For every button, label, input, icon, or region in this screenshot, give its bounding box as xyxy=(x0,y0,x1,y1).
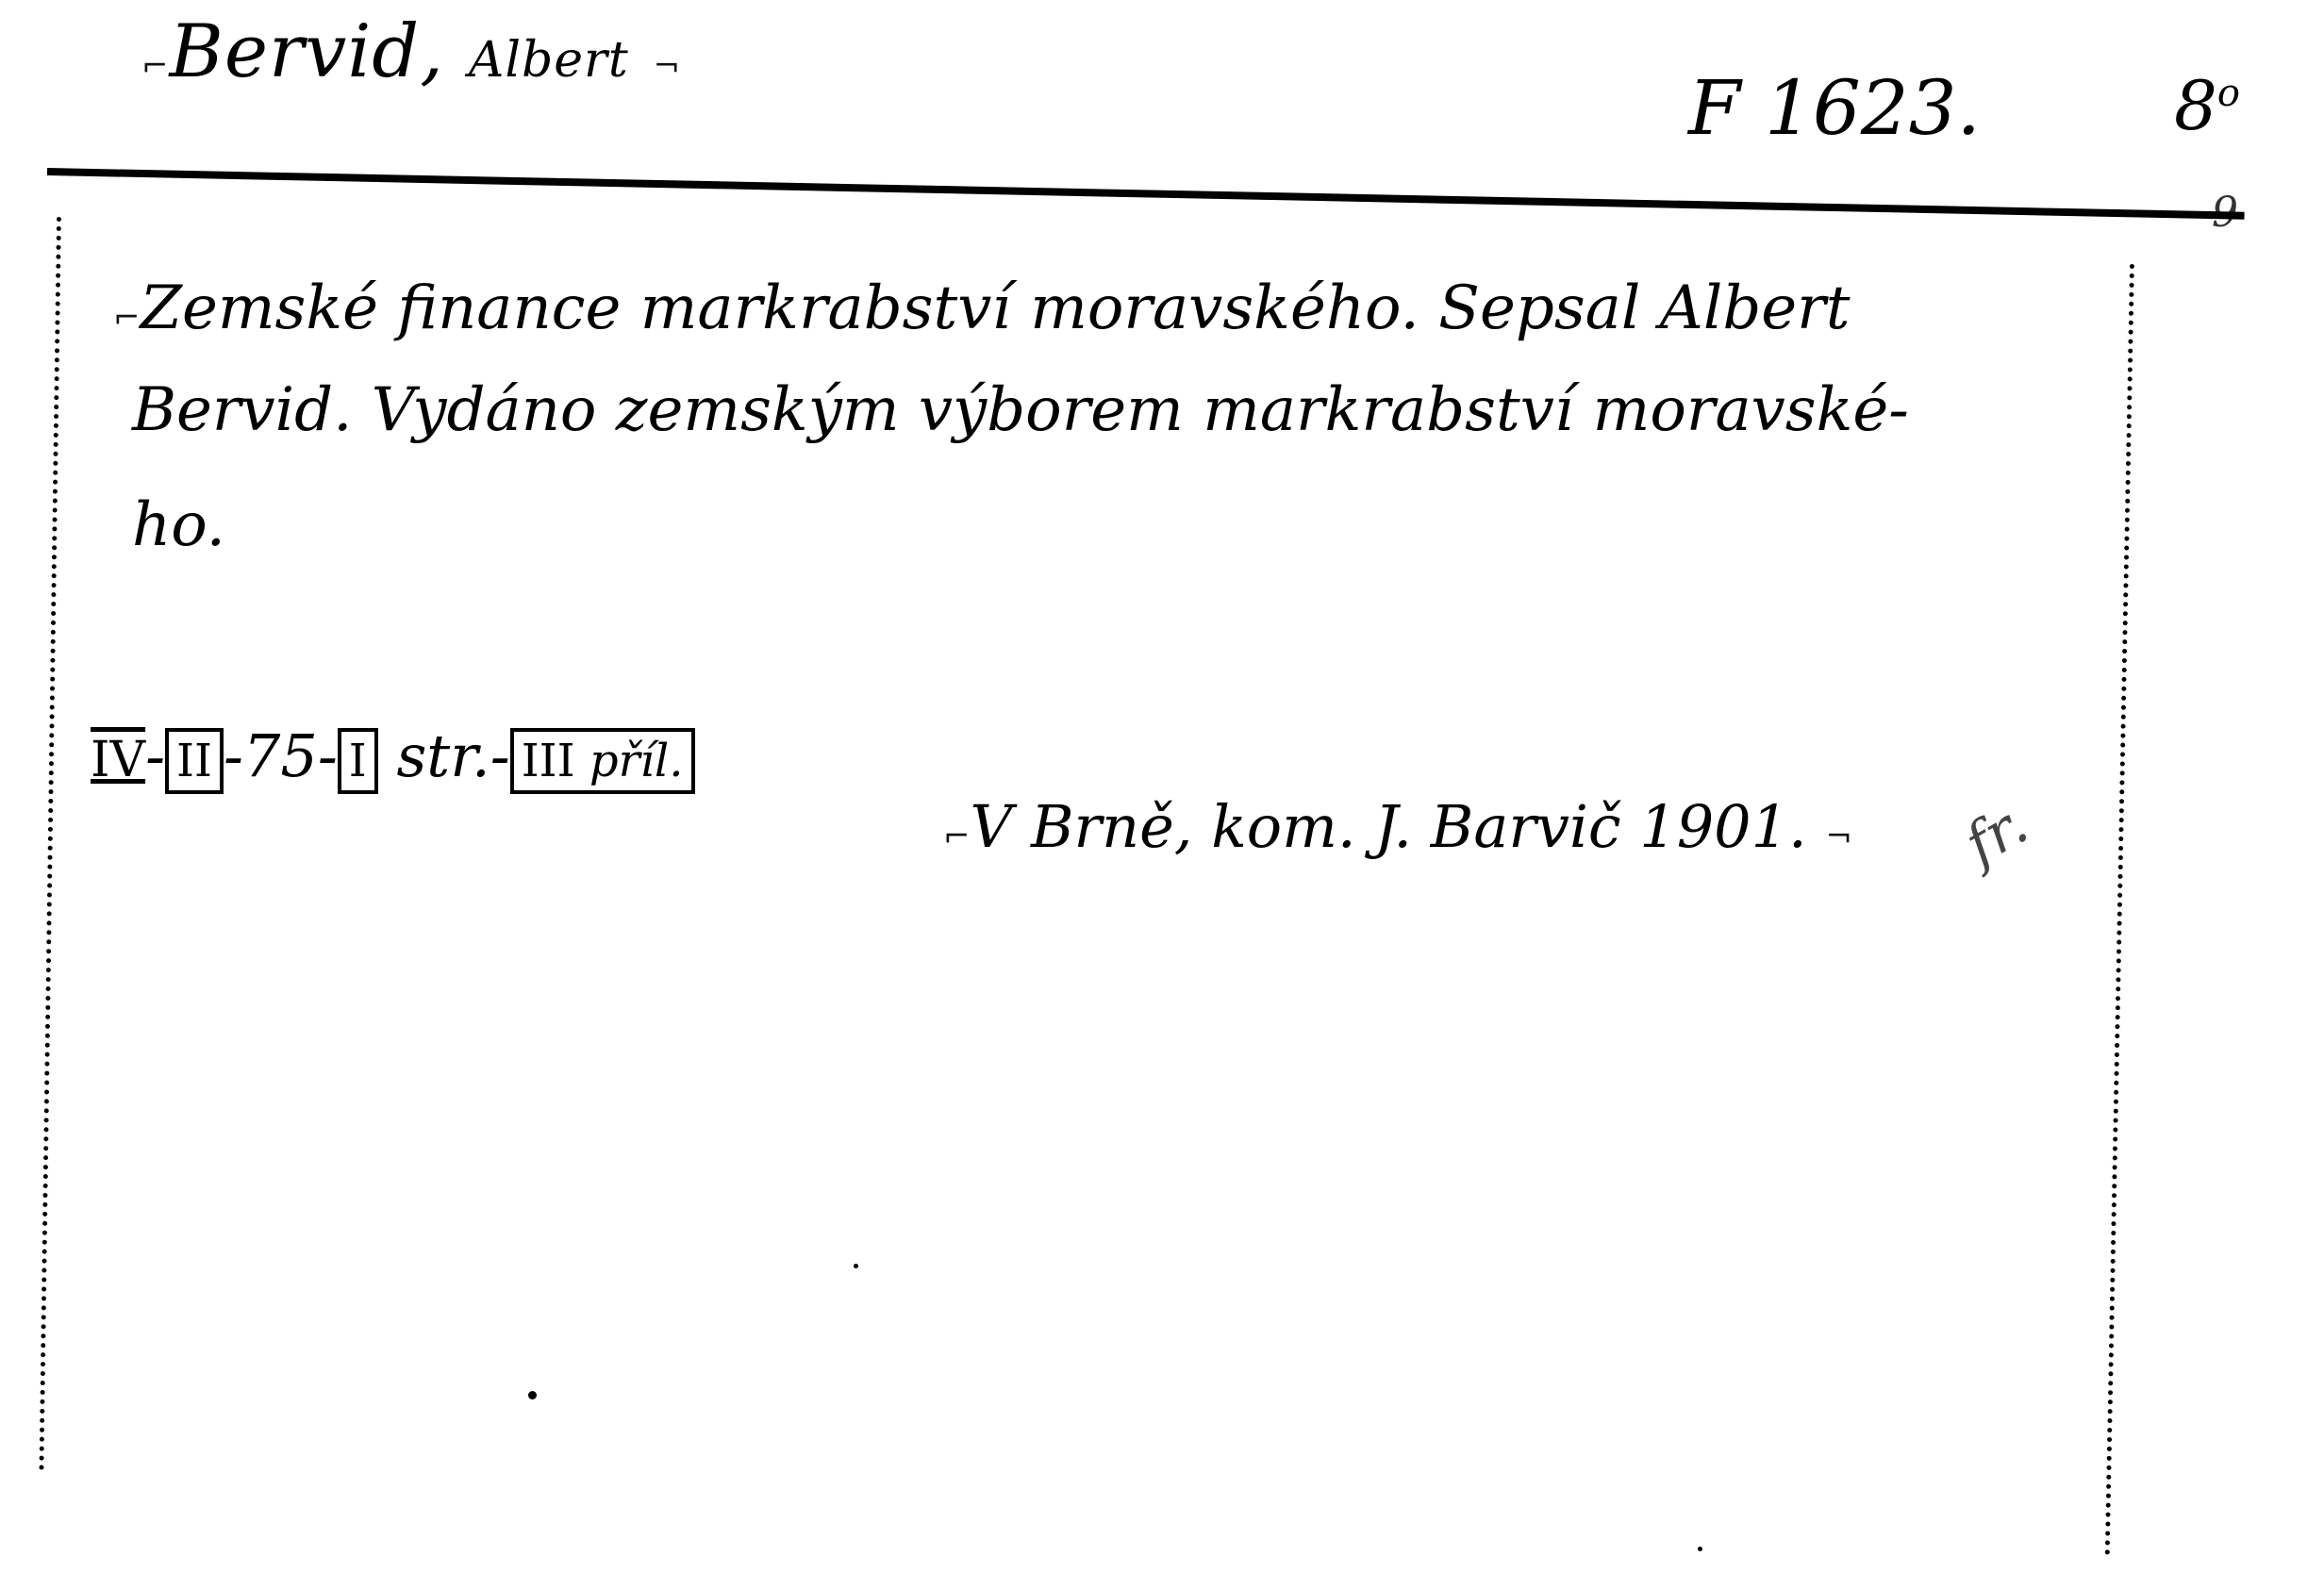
imprint-place: V Brně, xyxy=(971,792,1193,861)
imprint-close-mark: ¬ xyxy=(1825,818,1852,855)
title-line-3: ho. xyxy=(132,490,225,560)
heading-rule xyxy=(47,168,2245,220)
heading-close-mark: ¬ xyxy=(654,47,682,85)
format-value: 8 xyxy=(2174,66,2217,145)
annotation-scribble: fr. xyxy=(1954,791,2039,878)
title-open-mark: ⌐ xyxy=(113,299,141,337)
plates-label: příl. xyxy=(589,735,684,787)
title-line-1: ⌐Zemské finance markrabství moravského. … xyxy=(113,273,1850,343)
format-superscript: o xyxy=(2217,72,2240,115)
separator: - xyxy=(224,721,243,790)
format-size: 8o xyxy=(2174,66,2240,145)
imprint-publisher: kom. J. Barvič xyxy=(1211,792,1620,861)
heading-given-name: Albert xyxy=(469,32,629,89)
collation-pages: 75 xyxy=(243,721,318,790)
catalog-card: ⌐Bervid, Albert ¬ F 1623. 8o 9 ⌐Zemské f… xyxy=(0,0,2324,1573)
collation-prelim-pages: IV xyxy=(91,732,145,788)
separator: - xyxy=(145,721,165,790)
left-margin-dotted-line xyxy=(39,217,61,1471)
scan-speck xyxy=(1698,1547,1702,1551)
heading-author: ⌐Bervid, Albert ¬ xyxy=(141,9,681,94)
imprint-year: 1901. xyxy=(1639,792,1807,861)
plates-count: III xyxy=(522,735,575,787)
scan-speck xyxy=(854,1264,858,1268)
collation: IV-II-75-I str.-III příl. xyxy=(91,721,695,794)
collation-end-unnumbered: I xyxy=(338,728,378,794)
scan-speck xyxy=(528,1391,537,1399)
heading-surname: Bervid xyxy=(170,9,421,94)
collation-plates: III příl. xyxy=(510,728,695,794)
separator: - xyxy=(490,721,510,790)
call-number: F 1623. xyxy=(1688,64,1981,152)
title-line-2: Bervid. Vydáno zemským výborem markrabst… xyxy=(132,375,1909,445)
collation-prelim-unnumbered: II xyxy=(165,728,224,794)
heading-open-mark: ⌐ xyxy=(141,47,170,85)
imprint-open-mark: ⌐ xyxy=(943,818,971,855)
collation-pages-label: str. xyxy=(396,721,490,790)
right-margin-dotted-line xyxy=(2105,264,2134,1556)
title-line-1-text: Zemské finance markrabství moravského. S… xyxy=(141,273,1851,343)
separator: - xyxy=(318,721,338,790)
imprint: ⌐V Brně, kom. J. Barvič 1901. ¬ xyxy=(943,792,1852,861)
